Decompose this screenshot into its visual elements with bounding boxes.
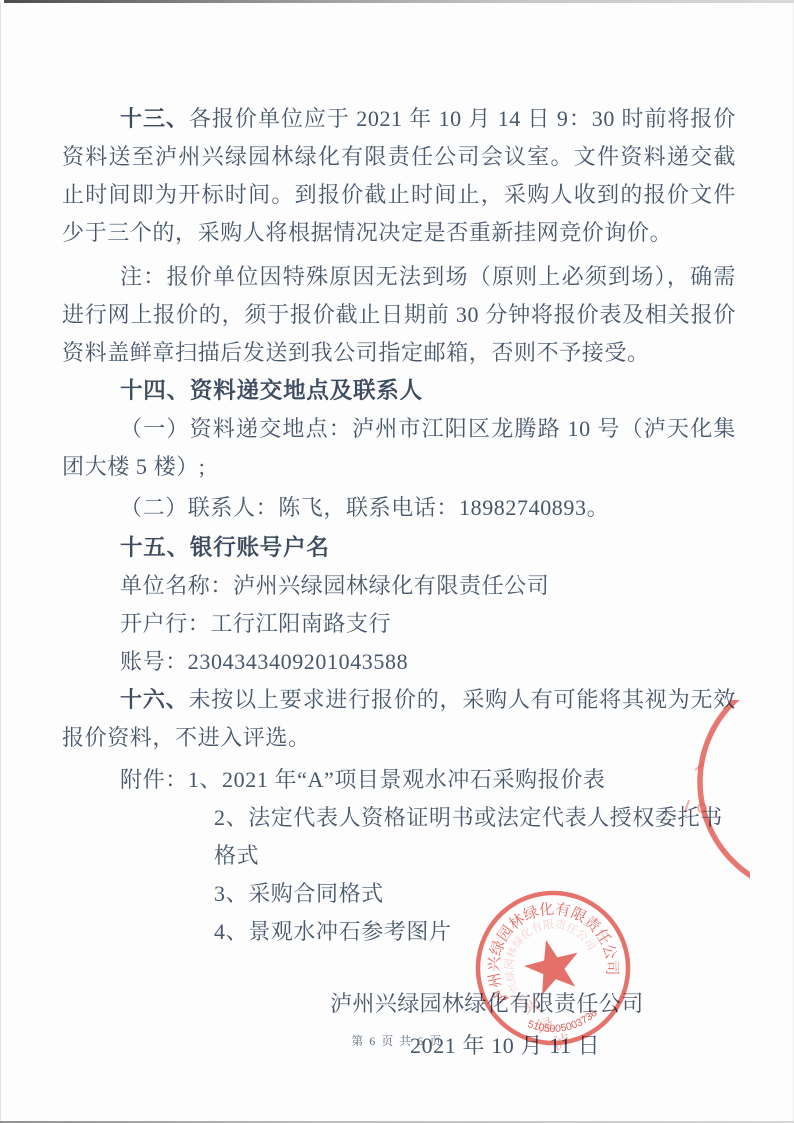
scan-edge-left [0, 3, 1, 1121]
attachments-block: 附件：1、2021 年“A”项目景观水冲石采购报价表 2、法定代表人资格证明书或… [62, 761, 736, 951]
attachment-item-2: 2、法定代表人资格证明书或法定代表人授权委托书格式 [62, 799, 736, 875]
section-13-number: 十三、 [120, 106, 189, 131]
attachment-line-1: 附件：1、2021 年“A”项目景观水冲石采购报价表 [62, 761, 736, 799]
heading-section-14: 十四、资料递交地点及联系人 [62, 372, 736, 410]
paragraph-bank-unit-name: 单位名称：泸州兴绿园林绿化有限责任公司 [62, 567, 736, 605]
attachment-item-1: 1、2021 年“A”项目景观水冲石采购报价表 [188, 767, 606, 792]
signature-company-name: 泸州兴绿园林绿化有限责任公司 [330, 985, 736, 1023]
section-16-number: 十六、 [120, 687, 188, 712]
attachments-label: 附件： [120, 767, 188, 792]
paragraph-contact-person: （二）联系人：陈飞，联系电话：18982740893。 [62, 489, 736, 527]
paragraph-section-16: 十六、未按以上要求进行报价的，采购人有可能将其视为无效报价资料，不进入评选。 [62, 681, 736, 757]
attachment-item-3: 3、采购合同格式 [62, 875, 736, 913]
attachment-item-4: 4、景观水冲石参考图片 [62, 913, 736, 951]
paragraph-delivery-address: （一）资料递交地点：泸州市江阳区龙腾路 10 号（泸天化集团大楼 5 楼）; [62, 410, 736, 486]
heading-section-15: 十五、银行账号户名 [62, 529, 736, 567]
document-page: 十三、各报价单位应于 2021 年 10 月 14 日 9：30 时前将报价资料… [0, 0, 794, 1123]
page-number-indicator: 第 6 页 共 6 页 [0, 1033, 794, 1049]
paragraph-section-13: 十三、各报价单位应于 2021 年 10 月 14 日 9：30 时前将报价资料… [62, 100, 736, 252]
paragraph-bank-branch: 开户行：工行江阳南路支行 [62, 605, 736, 643]
document-body: 十三、各报价单位应于 2021 年 10 月 14 日 9：30 时前将报价资料… [62, 0, 736, 1123]
paragraph-note: 注：报价单位因特殊原因无法到场（原则上必须到场），确需进行网上报价的，须于报价截… [62, 258, 736, 372]
paragraph-bank-account: 账号：2304343409201043588 [62, 643, 736, 681]
